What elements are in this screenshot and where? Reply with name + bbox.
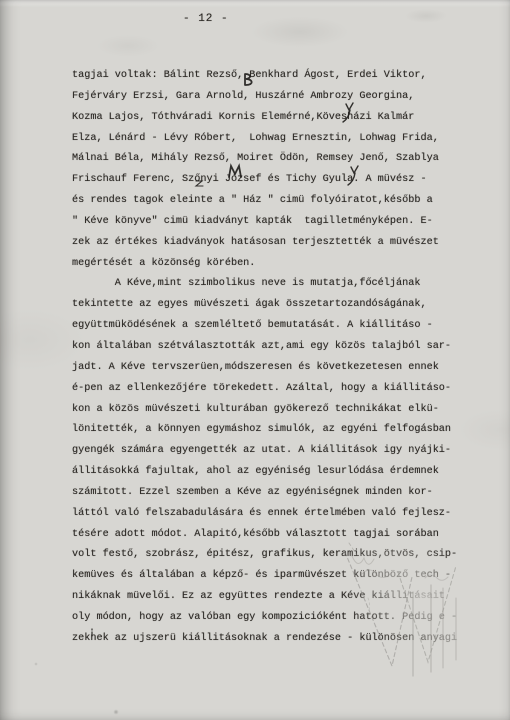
text-line: Málnai Béla, Mihály Rezső, Moiret Ödön, … — [72, 149, 472, 170]
text-line: együttmüködésének a szemléltető bemutatá… — [72, 316, 472, 337]
text-line: láttól való felszabadulására és ennek ér… — [72, 504, 472, 525]
text-line: lönitették, a könnyen egymáshoz simulók,… — [72, 420, 472, 441]
scanned-document-page: - 12 - tagjai voltak: Bálint Rezső, Benk… — [0, 0, 510, 720]
text-line: Fejérváry Erzsi, Gara Arnold, Huszárné A… — [72, 87, 472, 108]
typewritten-text-block: tagjai voltak: Bálint Rezső, Benkhard Ág… — [72, 66, 472, 650]
text-line: tekintette az egyes müvészeti ágak össze… — [72, 295, 472, 316]
text-line: Elza, Lénárd - Lévy Róbert, Lohwag Ernes… — [72, 129, 472, 150]
text-line: zeknek az ujszerü kiállitásoknak a rende… — [72, 629, 472, 650]
text-line: kemüves és általában a képző- és iparmüv… — [72, 566, 472, 587]
text-line: nikáknak müvelői. Ez az együttes rendezt… — [72, 587, 472, 608]
text-line: kon a közös müvészeti kulturában gyökere… — [72, 400, 472, 421]
text-line: " Kéve könyve" cimü kiadványt kapták tag… — [72, 212, 472, 233]
text-line: állitásokká fajultak, ahol az egyéniség … — [72, 462, 472, 483]
text-line: számitott. Ezzel szemben a Kéve az egyén… — [72, 483, 472, 504]
text-line: Frischauf Ferenc, Szőnyi József és Tichy… — [72, 170, 472, 191]
text-line: kon általában szétválasztották azt,ami e… — [72, 337, 472, 358]
text-line: tagjai voltak: Bálint Rezső, Benkhard Ág… — [72, 66, 472, 87]
text-line: é-pen az ellenkezőjére törekedett. Azált… — [72, 379, 472, 400]
text-line: volt festő, szobrász, épitész, grafikus,… — [72, 545, 472, 566]
text-line: megértését a közönség körében. — [72, 254, 472, 275]
text-line: Kozma Lajos, Tóthváradi Kornis Elemérné,… — [72, 108, 472, 129]
text-line: gyengék számára egyengették az utat. A k… — [72, 441, 472, 462]
text-line: oly módon, hogy az valóban egy kompozici… — [72, 608, 472, 629]
page-number: - 12 - — [183, 13, 229, 25]
text-line: és rendes tagok eleinte a " Ház " cimü f… — [72, 191, 472, 212]
text-line: A Kéve,mint szimbolikus neve is mutatja,… — [72, 274, 472, 295]
text-line: zek az értékes kiadványok hatásosan terj… — [72, 233, 472, 254]
text-line: tésére adott módot. Alapitó,később válas… — [72, 525, 472, 546]
text-line: jadt. A Kéve tervszerüen,módszeresen és … — [72, 358, 472, 379]
